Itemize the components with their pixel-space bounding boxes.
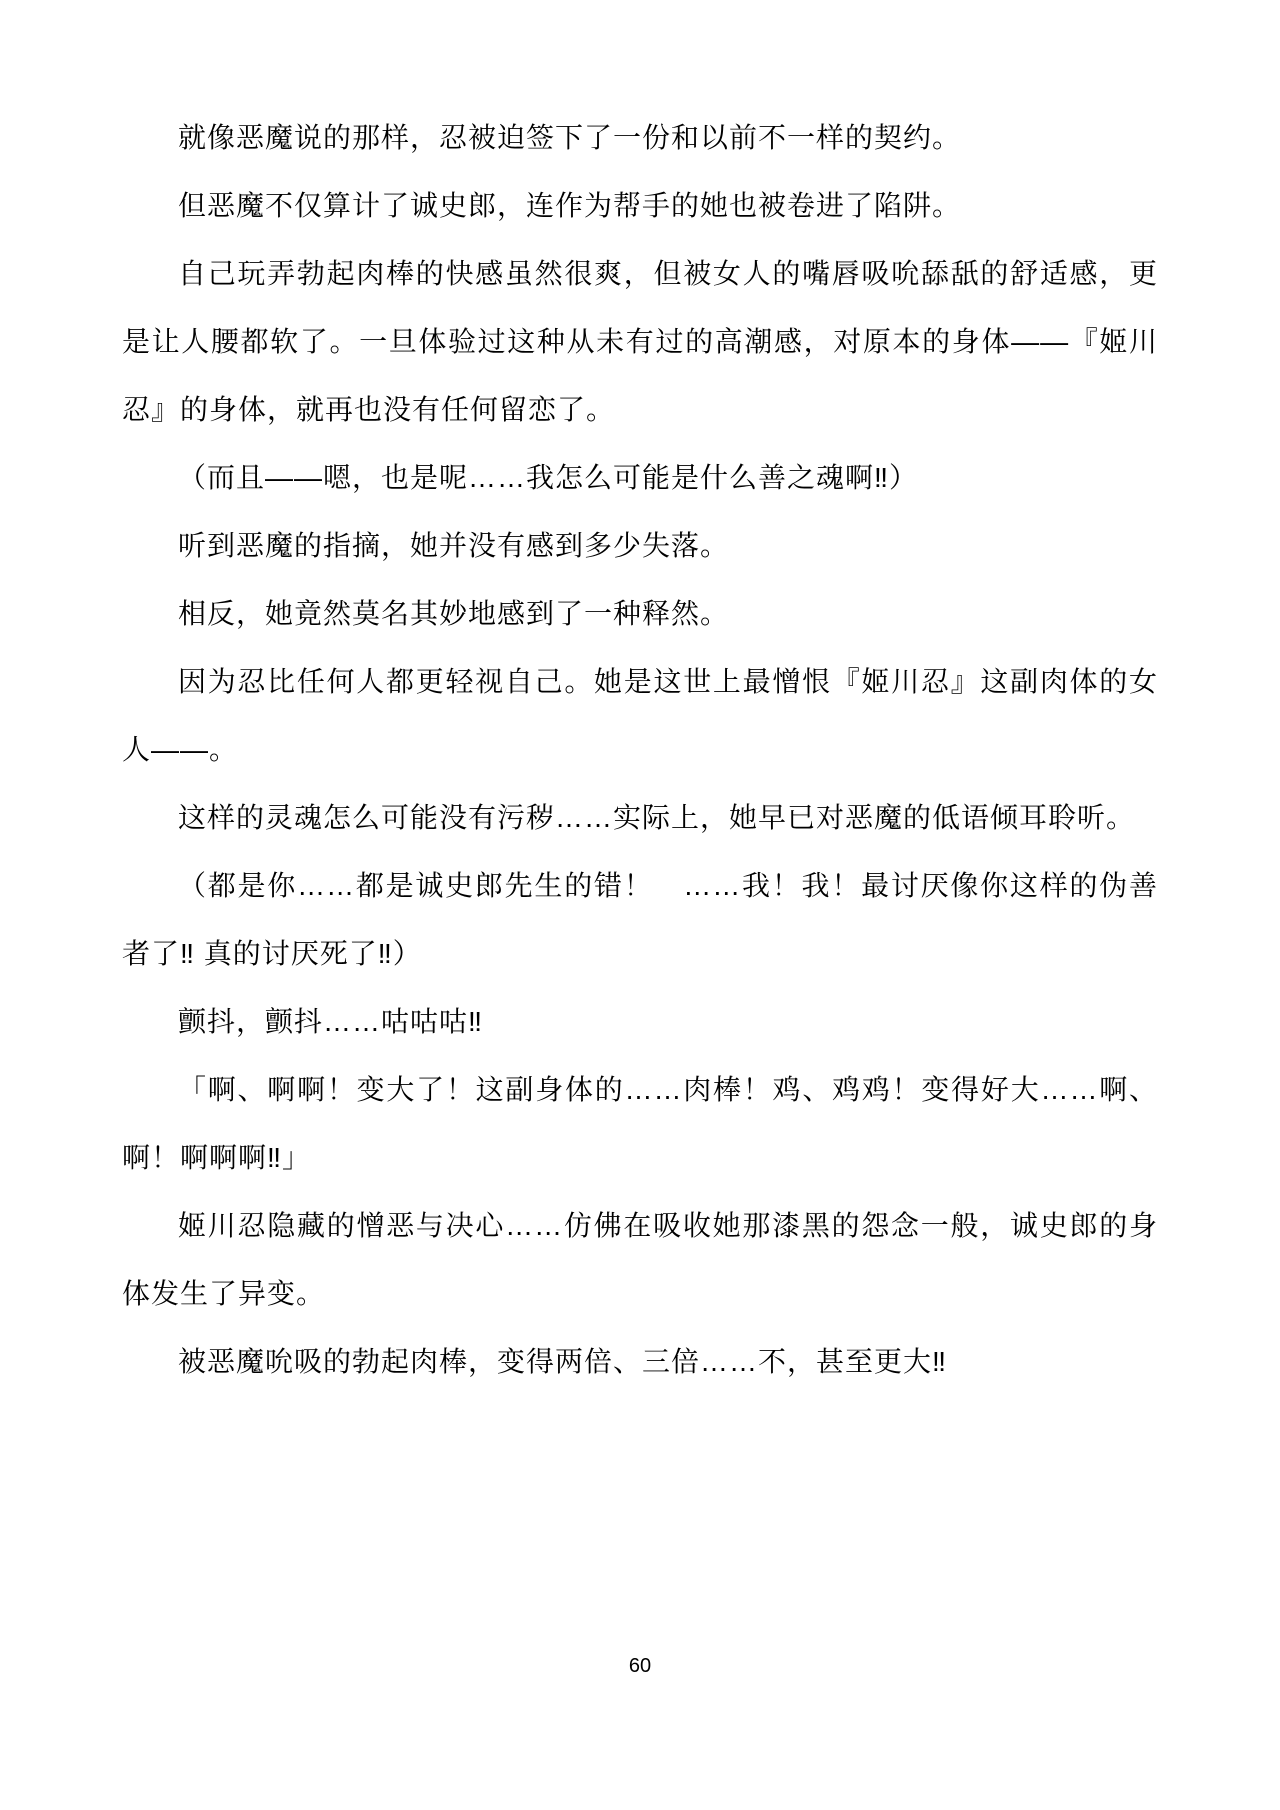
paragraph: 听到恶魔的指摘，她并没有感到多少失落。: [122, 512, 1158, 580]
document-page: 就像恶魔说的那样，忍被迫签下了一份和以前不一样的契约。但恶魔不仅算计了诚史郎，连…: [0, 0, 1280, 1810]
paragraph: （而且——嗯，也是呢……我怎么可能是什么善之魂啊‼）: [122, 444, 1158, 512]
page-number: 60: [629, 1655, 651, 1677]
paragraph: 但恶魔不仅算计了诚史郎，连作为帮手的她也被卷进了陷阱。: [122, 172, 1158, 240]
paragraph: 就像恶魔说的那样，忍被迫签下了一份和以前不一样的契约。: [122, 104, 1158, 172]
paragraph: 被恶魔吮吸的勃起肉棒，变得两倍、三倍……不，甚至更大‼: [122, 1328, 1158, 1396]
paragraph: 这样的灵魂怎么可能没有污秽……实际上，她早已对恶魔的低语倾耳聆听。: [122, 784, 1158, 852]
page-footer: 60: [0, 1652, 1280, 1680]
body-text: 就像恶魔说的那样，忍被迫签下了一份和以前不一样的契约。但恶魔不仅算计了诚史郎，连…: [122, 104, 1158, 1396]
paragraph: 「啊、啊啊！变大了！这副身体的……肉棒！鸡、鸡鸡！变得好大……啊、啊！啊啊啊‼」: [122, 1056, 1158, 1192]
paragraph: 颤抖，颤抖……咕咕咕‼: [122, 988, 1158, 1056]
paragraph: 自己玩弄勃起肉棒的快感虽然很爽，但被女人的嘴唇吸吮舔舐的舒适感，更是让人腰都软了…: [122, 240, 1158, 444]
paragraph: （都是你……都是诚史郎先生的错！ ……我！我！最讨厌像你这样的伪善者了‼ 真的讨…: [122, 852, 1158, 988]
paragraph: 因为忍比任何人都更轻视自己。她是这世上最憎恨『姬川忍』这副肉体的女人——。: [122, 648, 1158, 784]
paragraph: 相反，她竟然莫名其妙地感到了一种释然。: [122, 580, 1158, 648]
paragraph: 姬川忍隐藏的憎恶与决心……仿佛在吸收她那漆黑的怨念一般，诚史郎的身体发生了异变。: [122, 1192, 1158, 1328]
